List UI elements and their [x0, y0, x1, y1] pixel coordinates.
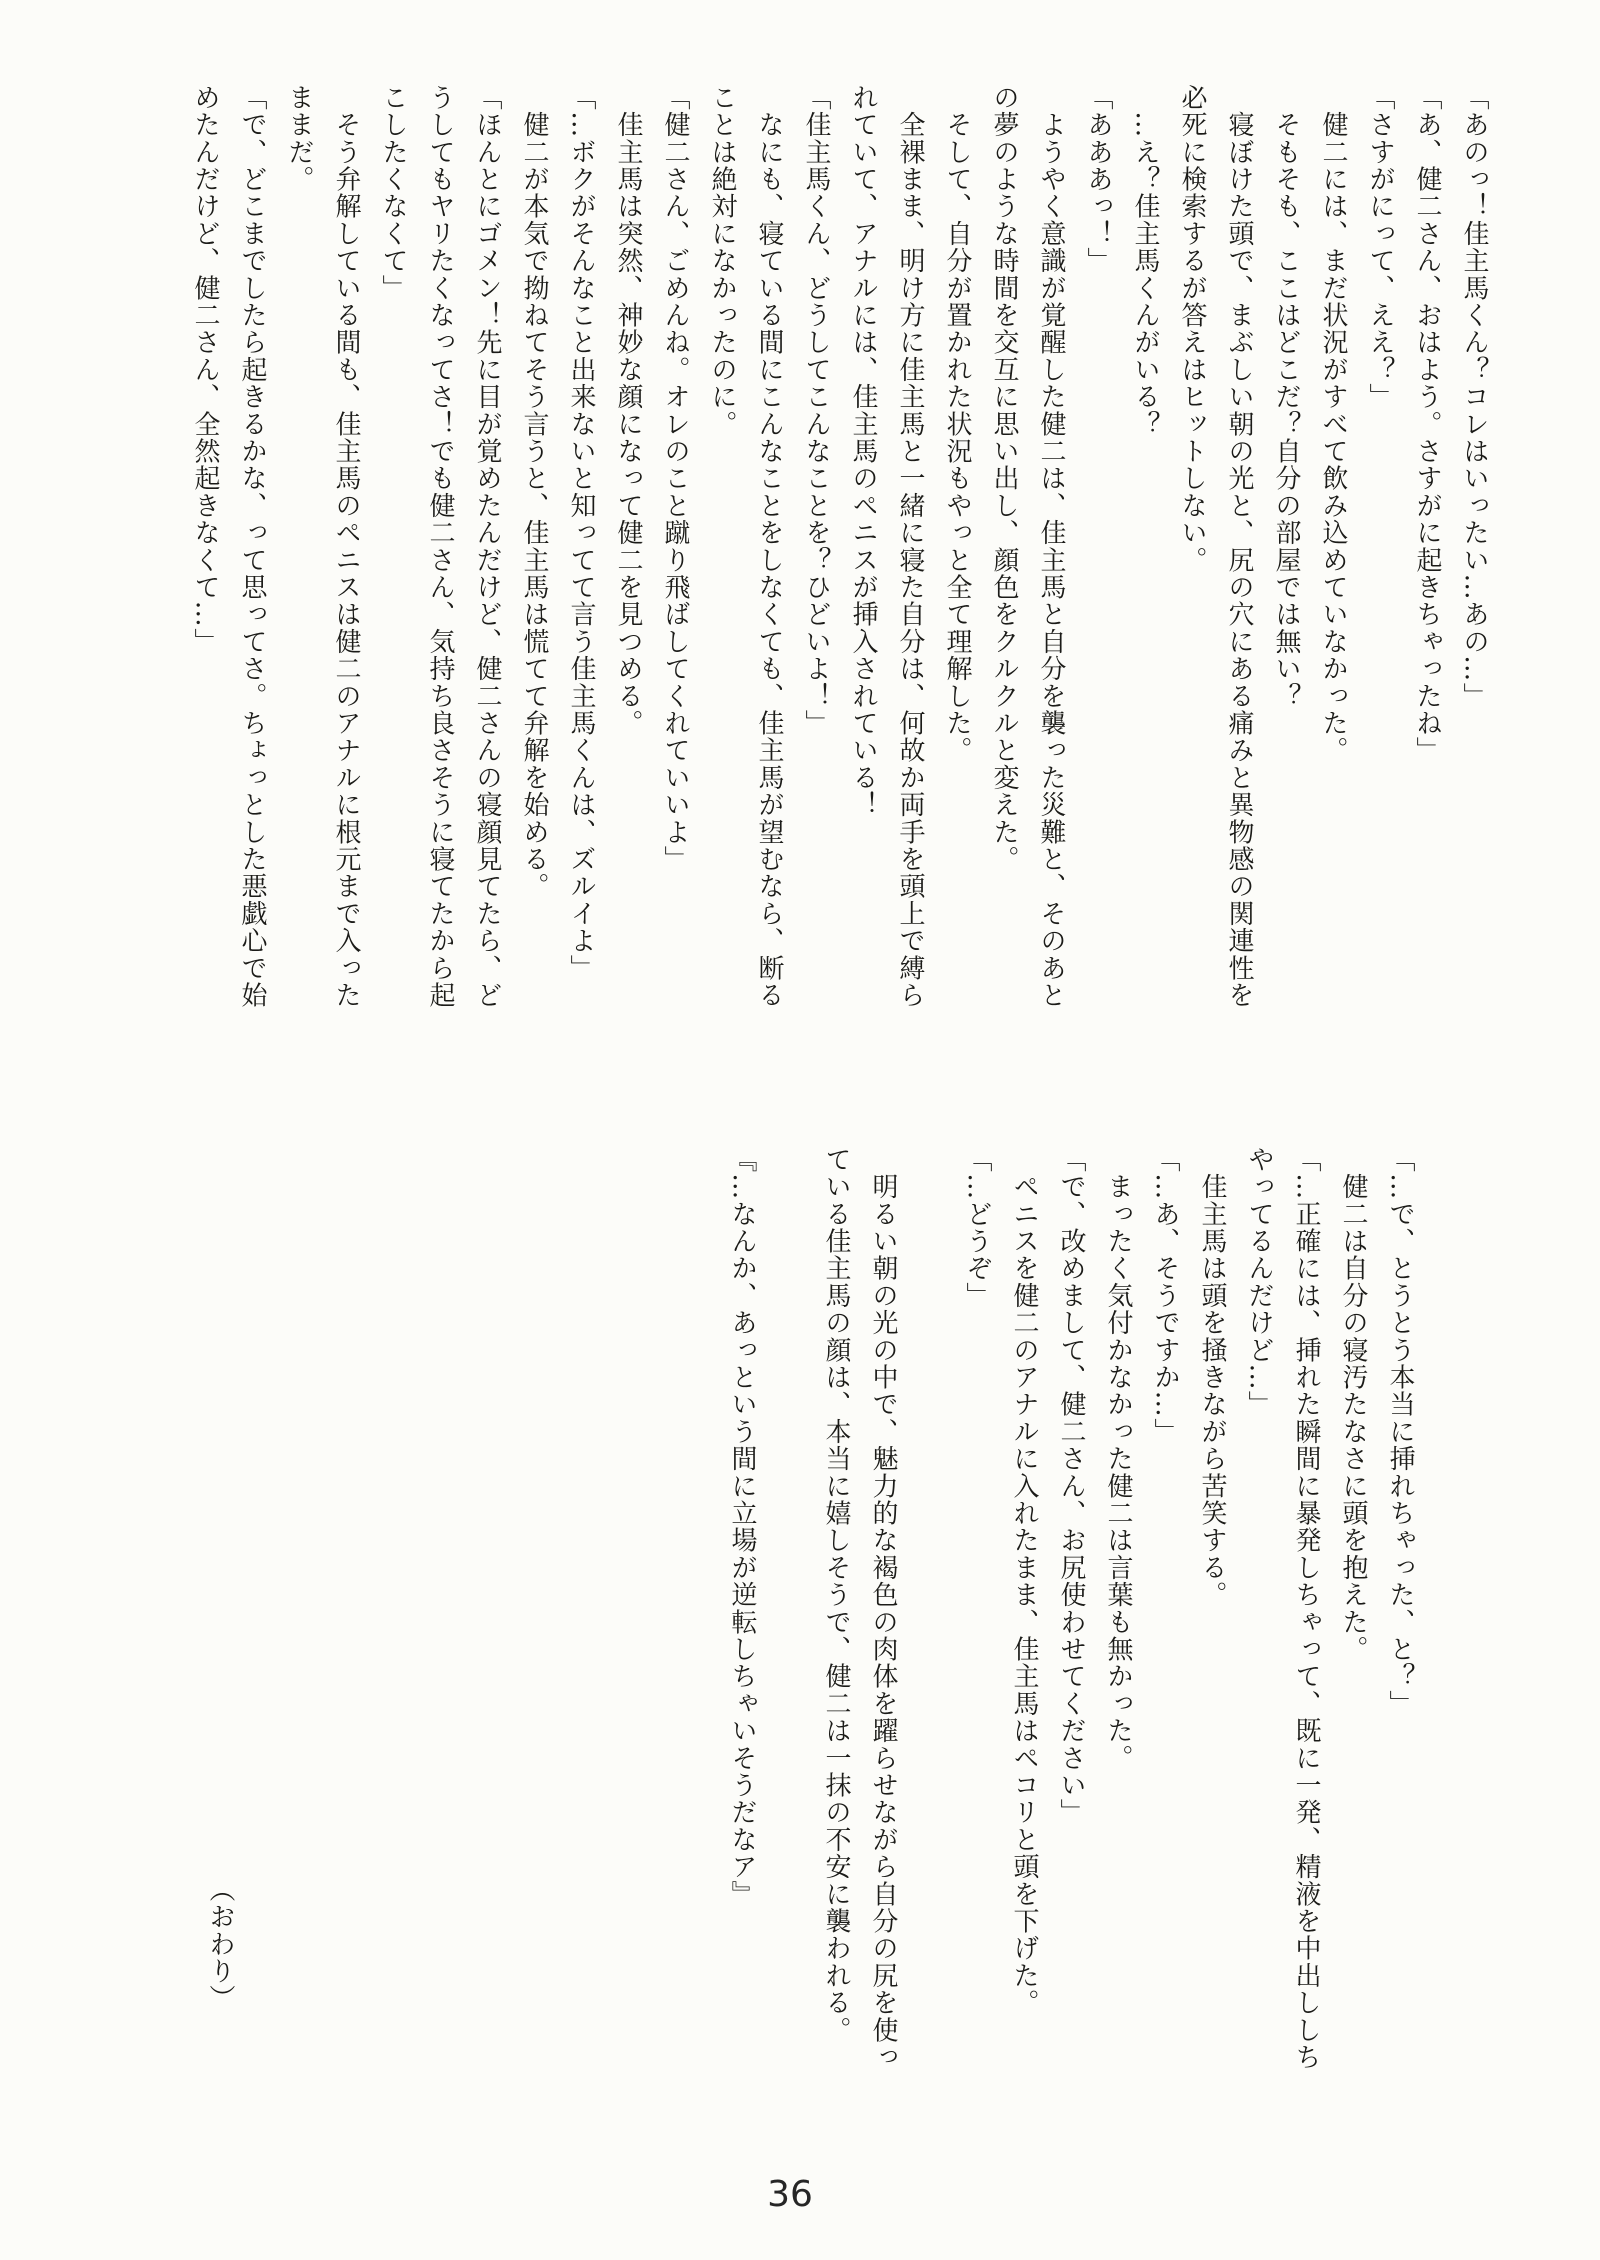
text-paragraph: 「…正確には、挿れた瞬間に暴発しちゃって、既に一発、精液を中出ししち やってるん…: [1235, 1146, 1329, 2091]
text-paragraph: そもそも、ここはどこだ？自分の部屋では無い？: [1262, 84, 1309, 1044]
text-paragraph: 「あ、健二さん、おはよう。さすがに起きちゃったね」: [1403, 84, 1450, 1044]
blank-column: [765, 1146, 812, 2091]
end-mark: （おわり）: [196, 1876, 243, 2076]
text-paragraph: ようやく意識が覚醒した健二は、佳主馬と自分を襲った災難と、そのあと の夢のような…: [980, 84, 1074, 1044]
text-paragraph: そして、自分が置かれた状況もやっと全て理解した。: [933, 84, 980, 1044]
text-paragraph: 健二は自分の寝汚たなさに頭を抱えた。: [1329, 1146, 1376, 2091]
text-paragraph: まったく気付かなかった健二は言葉も無かった。: [1094, 1146, 1141, 2091]
text-paragraph: 「ほんとにゴメン！先に目が覚めたんだけど、健二さんの寝顔見てたら、ど うしてもヤ…: [369, 84, 510, 1044]
text-paragraph: 「…ボクがそんなこと出来ないと知ってて言う佳主馬くんは、ズルイよ」: [557, 84, 604, 1044]
blank-column: [906, 1146, 953, 2091]
text-paragraph: …え？佳主馬くんがいる？: [1121, 84, 1168, 1044]
page-number: 36: [0, 2174, 1580, 2215]
text-paragraph: 全裸まま、明け方に佳主馬と一緒に寝た自分は、何故か両手を頭上で縛ら れていて、ア…: [839, 84, 933, 1044]
text-paragraph: 「さすがにって、ええ？」: [1356, 84, 1403, 1044]
text-paragraph: 「佳主馬くん、どうしてこんなことを？ひどいよ！」: [792, 84, 839, 1044]
text-paragraph: 健二が本気で拗ねてそう言うと、佳主馬は慌てて弁解を始める。: [510, 84, 557, 1044]
text-paragraph: 健二には、まだ状況がすべて飲み込めていなかった。: [1309, 84, 1356, 1044]
text-paragraph: 寝ぼけた頭で、まぶしい朝の光と、尻の穴にある痛みと異物感の関連性を 必死に検索す…: [1168, 84, 1262, 1044]
vertical-text-block-lower: 「…で、とうとう本当に挿れちゃった、と？」 健二は自分の寝汚たなさに頭を抱えた。…: [683, 1146, 1423, 2091]
text-paragraph: 「…あ、そうですか…」: [1141, 1146, 1188, 2091]
text-paragraph: なにも、寝ている間にこんなことをしなくても、佳主馬が望むなら、断る ことは絶対に…: [698, 84, 792, 1044]
text-paragraph: 佳主馬は頭を掻きながら苦笑する。: [1188, 1146, 1235, 2091]
text-paragraph: 「あああっ！」: [1074, 84, 1121, 1044]
text-paragraph: そう弁解している間も、佳主馬のペニスは健二のアナルに根元まで入った ままだ。: [275, 84, 369, 1044]
text-paragraph: 「…どうぞ」: [953, 1146, 1000, 2091]
vertical-text-block-upper: 「あのっ！佳主馬くん？コレはいったい…あの…」「あ、健二さん、おはよう。さすがに…: [97, 84, 1497, 1044]
text-paragraph: 「で、改めまして、健二さん、お尻使わせてください」: [1047, 1146, 1094, 2091]
text-paragraph: 『…なんか、あっという間に立場が逆転しちゃいそうだなア』: [718, 1146, 765, 2091]
text-paragraph: 明るい朝の光の中で、魅力的な褐色の肉体を躍らせながら自分の尻を使っ ている佳主馬…: [812, 1146, 906, 2091]
text-paragraph: 佳主馬は突然、神妙な顔になって健二を見つめる。: [604, 84, 651, 1044]
text-paragraph: 「で、どこまでしたら起きるかな、って思ってさ。ちょっとした悪戯心で始 めたんだけ…: [181, 84, 275, 1044]
text-paragraph: 「健二さん、ごめんね。オレのこと蹴り飛ばしてくれていいよ」: [651, 84, 698, 1044]
scanned-novel-page: 「あのっ！佳主馬くん？コレはいったい…あの…」「あ、健二さん、おはよう。さすがに…: [0, 0, 1600, 2260]
text-paragraph: 「あのっ！佳主馬くん？コレはいったい…あの…」: [1450, 84, 1497, 1044]
text-paragraph: ペニスを健二のアナルに入れたまま、佳主馬はペコリと頭を下げた。: [1000, 1146, 1047, 2091]
text-paragraph: 「…で、とうとう本当に挿れちゃった、と？」: [1376, 1146, 1423, 2091]
